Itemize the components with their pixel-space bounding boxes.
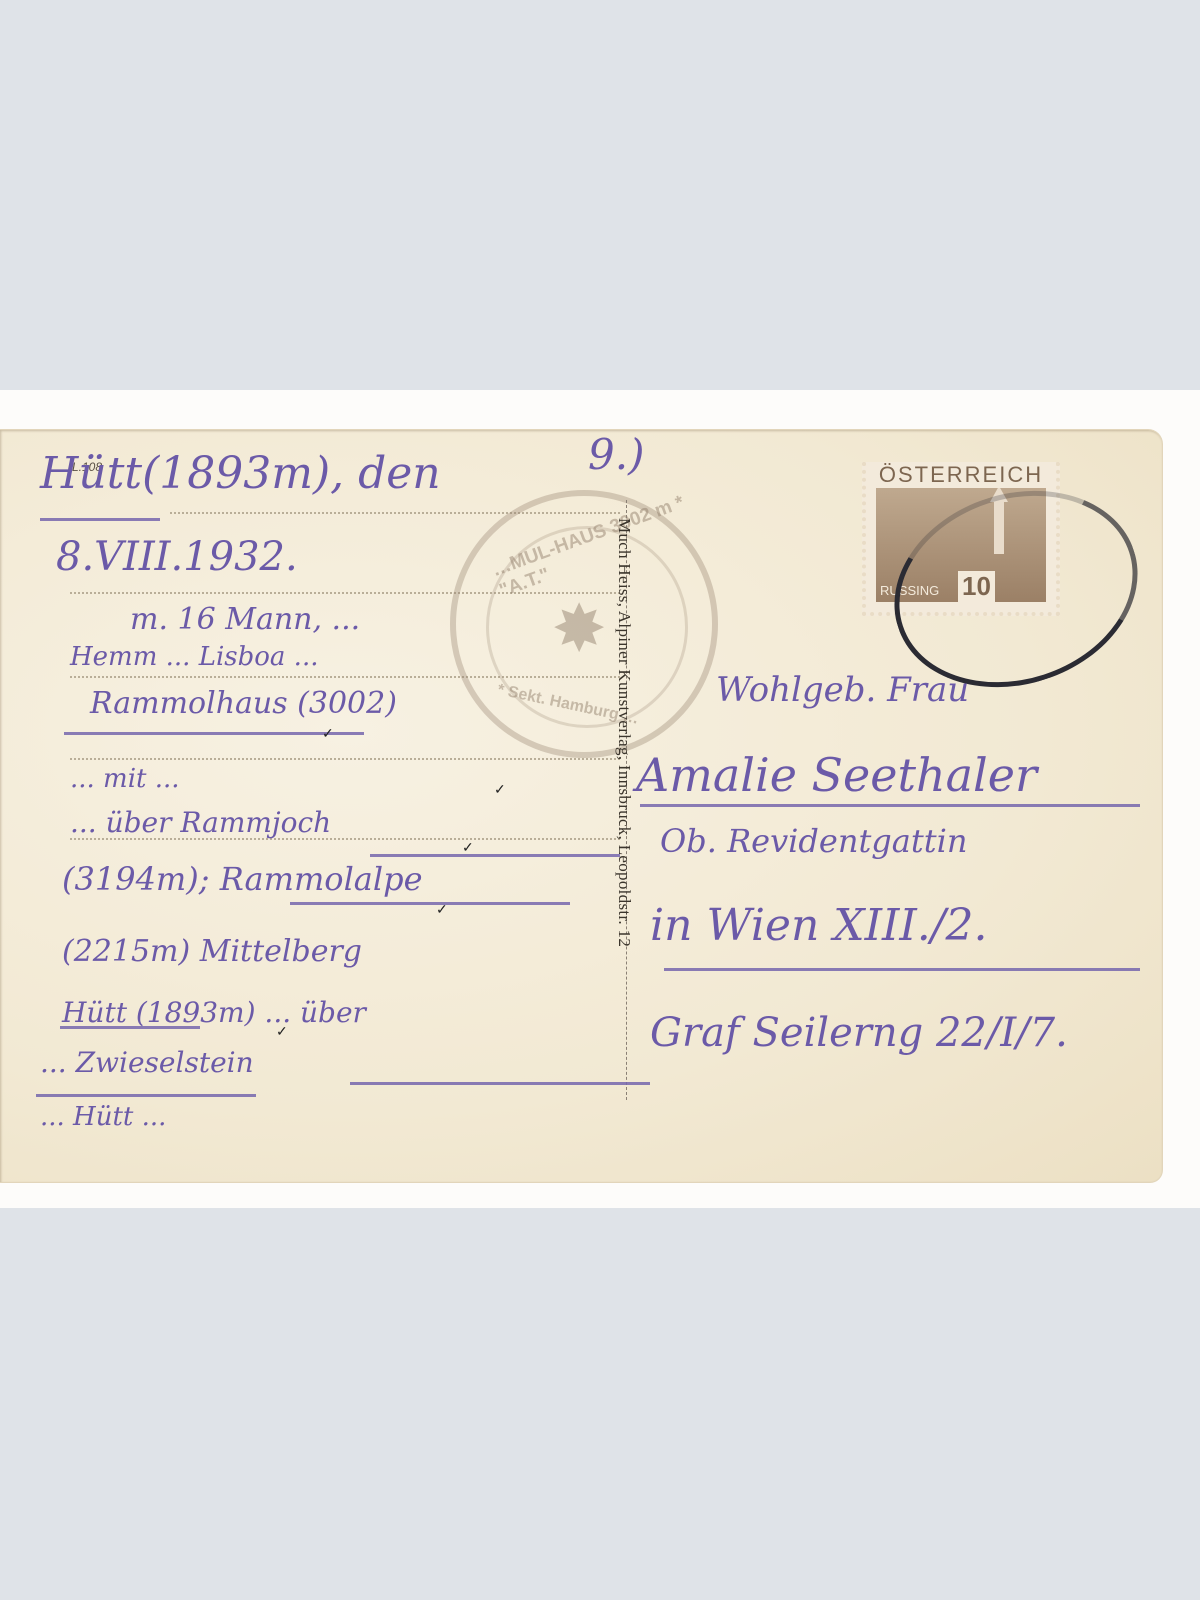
- message-line: Hemm ... Lisboa ...: [70, 642, 318, 672]
- writing-line: [70, 758, 620, 760]
- message-line: m. 16 Mann, ...: [130, 602, 360, 637]
- stamp-country: ÖSTERREICH: [866, 462, 1056, 488]
- ink-underline: [60, 1026, 200, 1029]
- address-title: Ob. Revidentgattin: [660, 822, 967, 860]
- message-line: (3194m); Rammolalpe: [62, 860, 423, 898]
- check-mark-icon: ✓: [436, 902, 448, 919]
- address-salutation: Wohlgeb. Frau: [716, 670, 969, 710]
- message-line: Hütt(1893m), den: [40, 448, 441, 499]
- check-mark-icon: ✓: [494, 782, 506, 799]
- ink-underline: [350, 1082, 650, 1085]
- card-number: 9.): [588, 430, 644, 479]
- postcard: L.108 ✸ …MUL-HAUS 3002 m * "A.T." * Sekt…: [0, 430, 1162, 1182]
- address-street: Graf Seilerng 22/I/7.: [650, 1010, 1068, 1056]
- message-line: ... Zwieselstein: [40, 1046, 254, 1079]
- message-line: ... über Rammjoch: [70, 806, 331, 839]
- ink-underline: [370, 854, 620, 857]
- check-mark-icon: ✓: [322, 726, 334, 743]
- ink-underline: [36, 1094, 256, 1097]
- check-mark-icon: ✓: [462, 840, 474, 857]
- message-line: ... mit ...: [70, 764, 180, 794]
- edelweiss-icon: ✸: [554, 594, 604, 664]
- hut-cachet: ✸ …MUL-HAUS 3002 m * "A.T." * Sekt. Hamb…: [450, 490, 718, 758]
- ink-underline: [640, 804, 1140, 807]
- ink-underline: [64, 732, 364, 735]
- ink-underline: [664, 968, 1140, 971]
- ink-underline: [290, 902, 570, 905]
- message-line: Hütt (1893m) ... über: [62, 996, 366, 1029]
- address-name: Amalie Seethaler: [636, 748, 1037, 802]
- message-line: ... Hütt ...: [40, 1102, 166, 1132]
- ink-underline: [40, 518, 160, 521]
- check-mark-icon: ✓: [276, 1024, 288, 1041]
- message-line: 8.VIII.1932.: [56, 534, 298, 580]
- message-line: Rammolhaus (3002): [90, 686, 397, 721]
- publisher-imprint: Much Heiss, Alpiner Kunstverlag, Innsbru…: [614, 518, 634, 947]
- address-city: in Wien XIII./2.: [650, 900, 988, 951]
- message-line: (2215m) Mittelberg: [62, 934, 362, 969]
